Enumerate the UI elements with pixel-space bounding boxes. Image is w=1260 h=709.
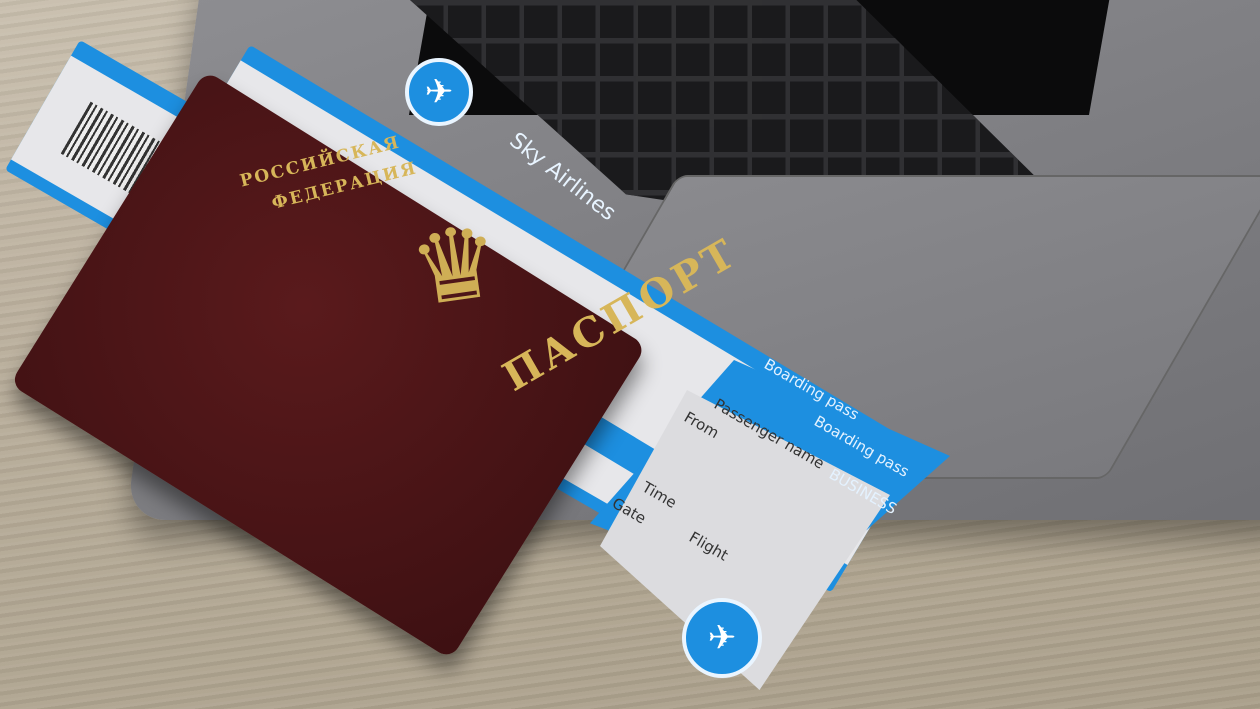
plane-icon: ✈: [405, 58, 473, 126]
double-headed-eagle-icon: ♛: [352, 187, 558, 342]
plane-icon: ✈: [682, 598, 762, 678]
